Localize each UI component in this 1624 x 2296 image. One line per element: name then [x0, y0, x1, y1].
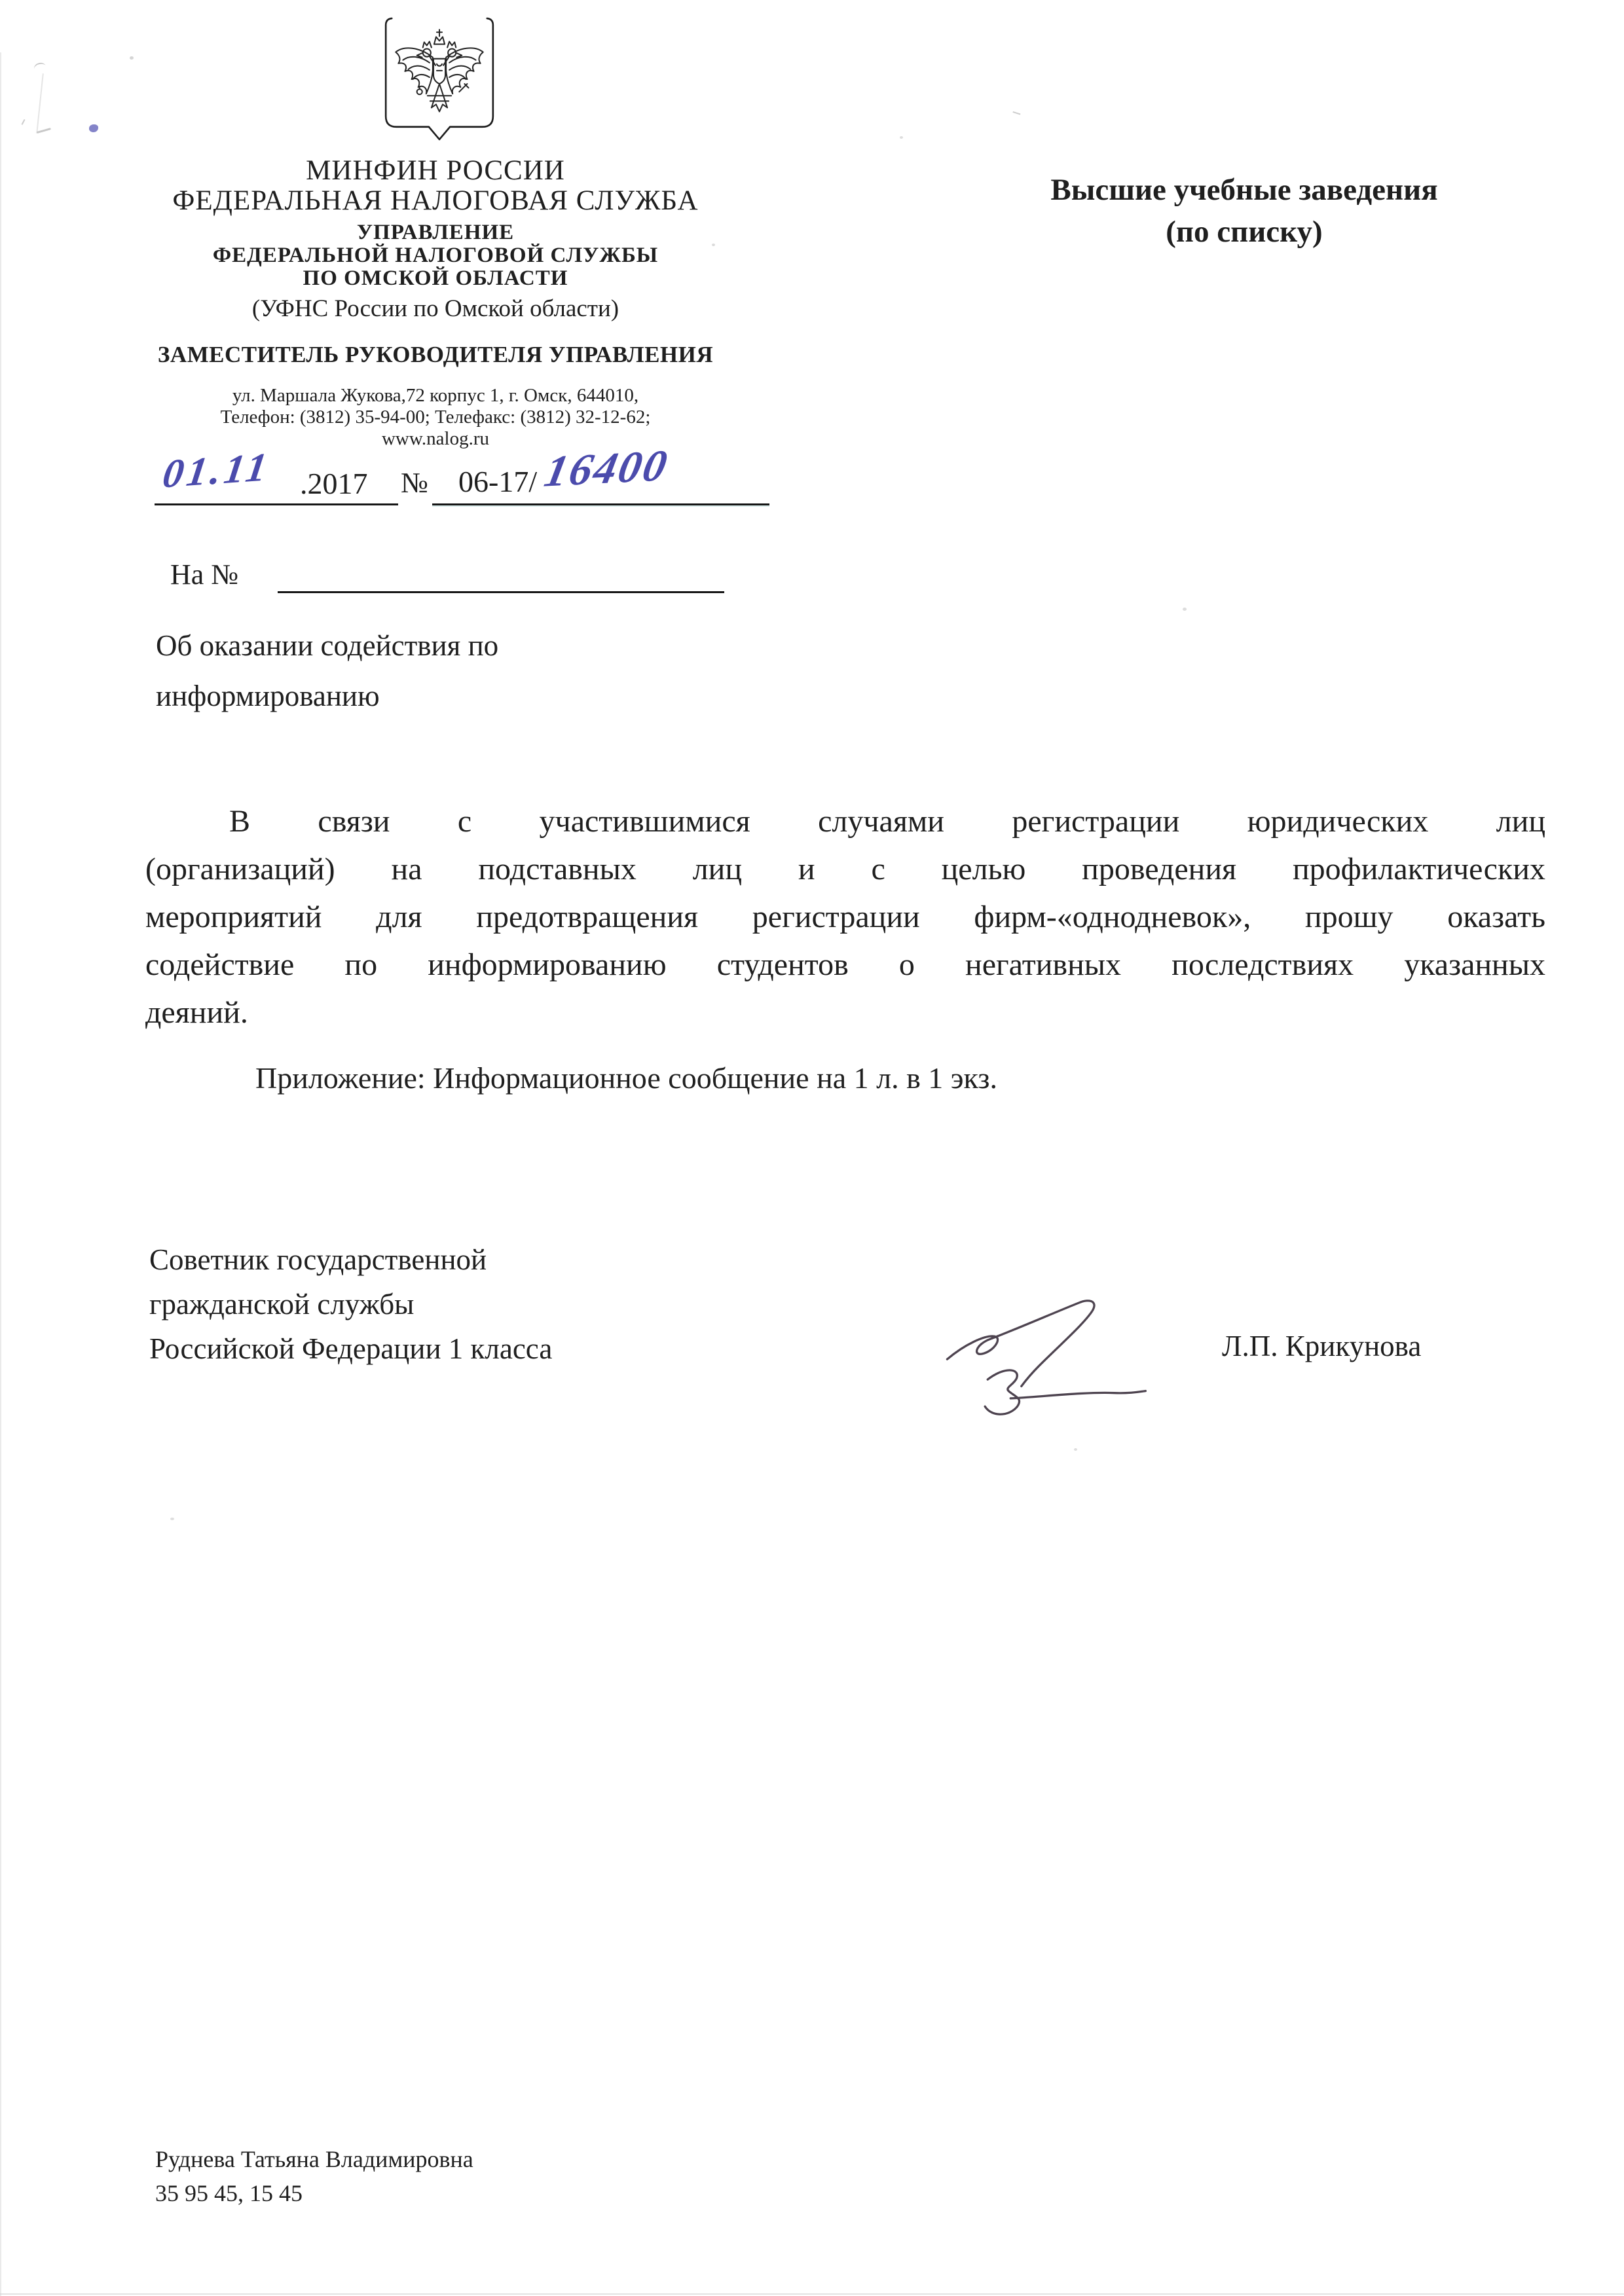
ink-speck	[89, 124, 98, 132]
body-paragraph: В связи с участившимися случаями регистр…	[145, 797, 1545, 1036]
date-underline	[155, 503, 398, 505]
address-phones: Телефон: (3812) 35-94-00; Телефакс: (381…	[98, 407, 773, 428]
body-line: мероприятий для предотвращения регистрац…	[145, 893, 1545, 941]
body-line: содействие по информированию студентов о…	[145, 941, 1545, 989]
letterhead-abbreviation: (УФНС России по Омской области)	[98, 295, 773, 323]
address-street: ул. Маршала Жукова,72 корпус 1, г. Омск,…	[98, 385, 773, 407]
handwritten-date: 01.11	[160, 444, 273, 498]
body-line: В связи с участившимися случаями регистр…	[145, 797, 1545, 845]
scan-speck	[33, 62, 46, 73]
recipient-line2: (по списку)	[936, 211, 1552, 253]
signer-rank-line2: гражданской службы	[149, 1282, 739, 1326]
reply-to-underline	[278, 591, 724, 593]
scanned-letter-page: МИНФИН РОССИИ ФЕДЕРАЛЬНАЯ НАЛОГОВАЯ СЛУЖ…	[0, 0, 1624, 2296]
letterhead-department-line3: ПО ОМСКОЙ ОБЛАСТИ	[98, 266, 773, 291]
paper-edge	[0, 52, 1, 2296]
signer-rank-block: Советник государственной гражданской слу…	[149, 1237, 739, 1371]
signer-rank-line3: Российской Федерации 1 класса	[149, 1326, 739, 1371]
letterhead-service: ФЕДЕРАЛЬНАЯ НАЛОГОВАЯ СЛУЖБА	[98, 185, 773, 217]
executor-phones: 35 95 45, 15 45	[155, 2176, 473, 2210]
executor-block: Руднева Татьяна Владимировна 35 95 45, 1…	[155, 2142, 473, 2210]
body-line: деяний.	[145, 989, 1545, 1036]
signer-name: Л.П. Крикунова	[1222, 1329, 1421, 1363]
scan-speck	[1012, 105, 1022, 115]
scan-speck	[170, 1518, 174, 1520]
scan-speck	[1074, 1448, 1077, 1451]
number-prefix: 06-17/	[458, 464, 537, 499]
letterhead-department-line1: УПРАВЛЕНИЕ	[98, 221, 773, 245]
handwritten-number: 16400	[540, 439, 673, 498]
signer-rank-line1: Советник государственной	[149, 1237, 739, 1282]
reply-to-label: На №	[170, 558, 238, 591]
letterhead-ministry: МИНФИН РОССИИ	[98, 155, 773, 187]
body-line: (организаций) на подставных лиц и с цель…	[145, 845, 1545, 893]
letterhead-department-line2: ФЕДЕРАЛЬНОЙ НАЛОГОВОЙ СЛУЖБЫ	[98, 244, 773, 268]
recipient-block: Высшие учебные заведения (по списку)	[936, 169, 1552, 253]
coat-of-arms-icon	[381, 16, 498, 143]
signer-position-title: ЗАМЕСТИТЕЛЬ РУКОВОДИТЕЛЯ УПРАВЛЕНИЯ	[98, 342, 773, 368]
handwritten-signature	[938, 1278, 1160, 1434]
subject-line2: информированию	[156, 671, 745, 721]
executor-name: Руднева Татьяна Владимировна	[155, 2142, 473, 2176]
number-sign: №	[401, 466, 428, 500]
scan-speck	[1183, 608, 1187, 611]
scan-speck	[37, 128, 51, 134]
subject-block: Об оказании содействия по информированию	[156, 621, 745, 721]
scan-speck	[36, 73, 44, 134]
number-underline	[432, 503, 769, 505]
attachment-line: Приложение: Информационное сообщение на …	[145, 1061, 1545, 1095]
paper-edge	[0, 2293, 1624, 2295]
recipient-line1: Высшие учебные заведения	[936, 169, 1552, 211]
scan-speck	[130, 56, 134, 60]
scan-speck	[22, 119, 31, 128]
subject-line1: Об оказании содействия по	[156, 621, 745, 671]
printed-year: .2017	[300, 466, 368, 501]
scan-speck	[900, 136, 903, 139]
